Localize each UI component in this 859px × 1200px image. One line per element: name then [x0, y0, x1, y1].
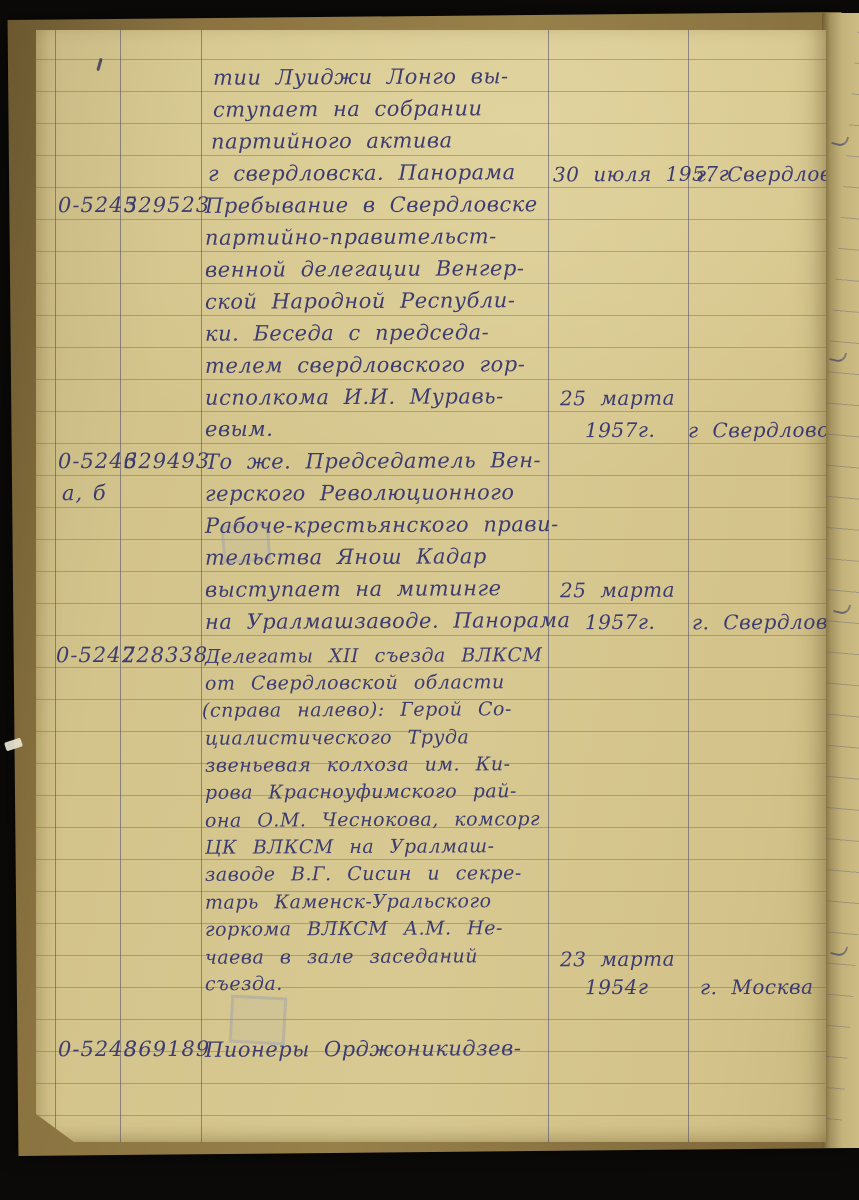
column-divider-negative [201, 30, 202, 1142]
column-divider-inventory [120, 30, 121, 1142]
adjacent-page-edge [822, 13, 859, 1148]
margin-rule [55, 30, 56, 1142]
column-divider-place [688, 30, 689, 1142]
faint-stamp-mark [221, 522, 272, 563]
ruled-lines [36, 30, 826, 1142]
column-divider-date [548, 30, 549, 1142]
adjacent-page-ruled-lines [822, 13, 859, 1148]
scanned-register-photo: тии Луиджи Лонго вы- ступает на собрании… [0, 0, 859, 1200]
faint-stamp-mark [229, 995, 287, 1046]
register-page: тии Луиджи Лонго вы- ступает на собрании… [36, 30, 826, 1142]
